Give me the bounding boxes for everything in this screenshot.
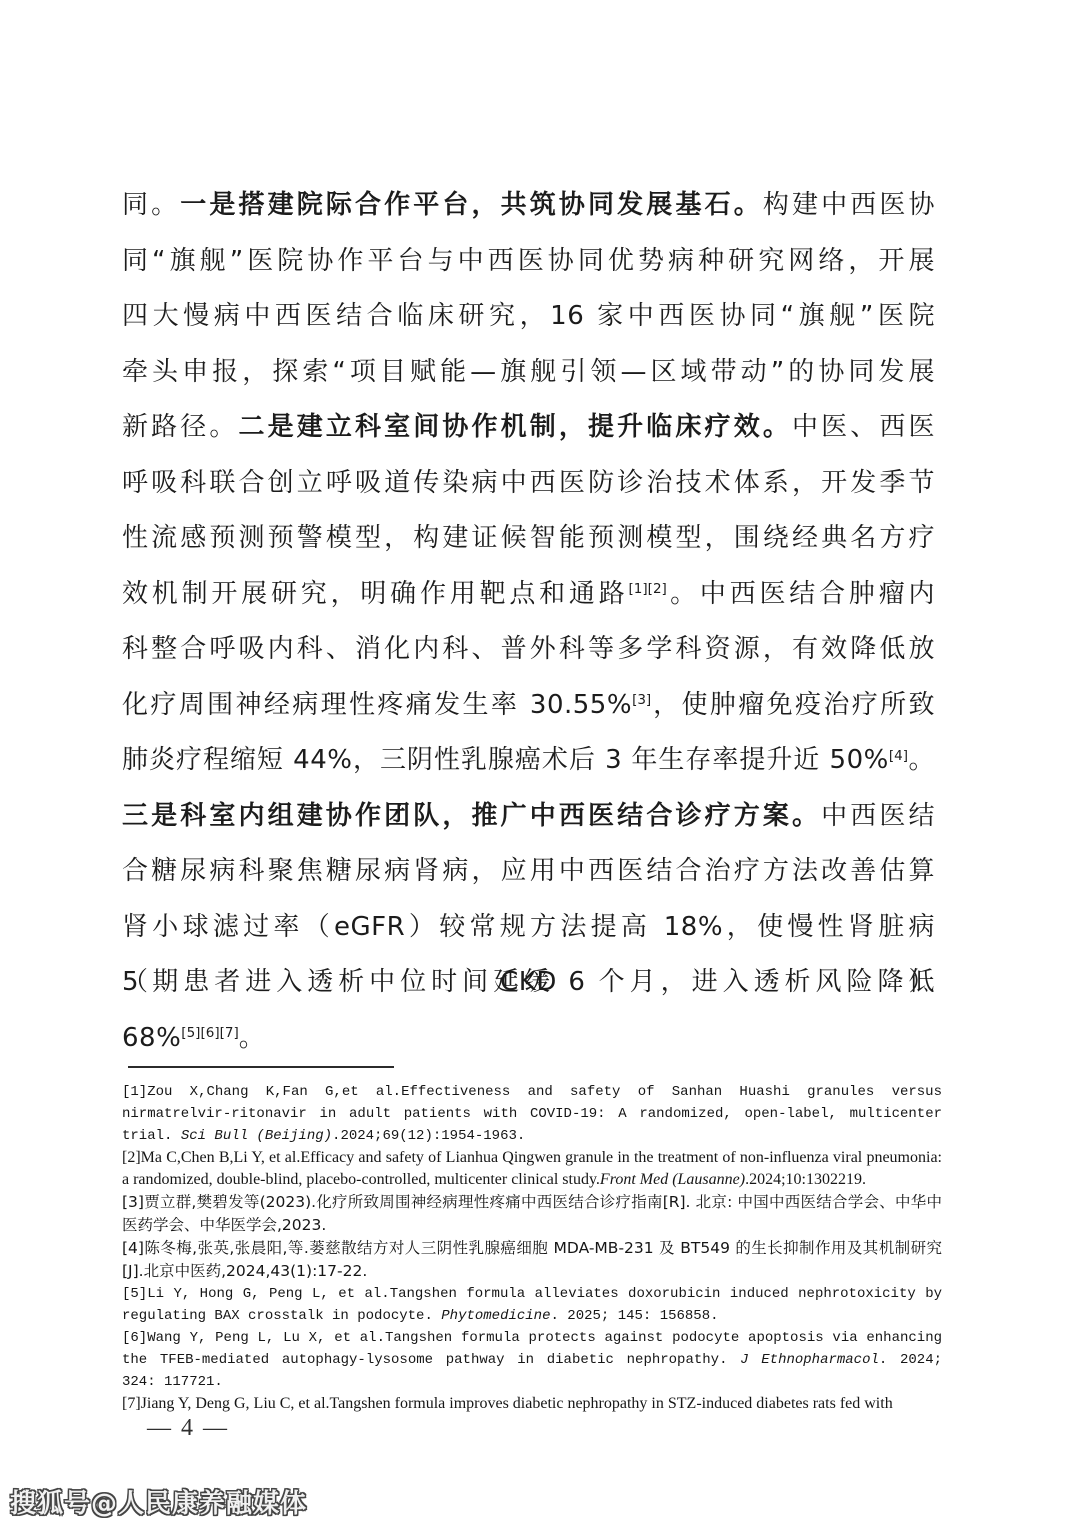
text-segment: 5 期患者进入透析中位时间延缓 6 个月，进入透析风险降低 xyxy=(122,967,935,997)
text-segment: . 2025; 145: 156858. xyxy=(550,1308,718,1324)
text-segment: 中医、西医 xyxy=(792,412,935,442)
text-segment: Sci Bull (Beijing) xyxy=(181,1128,332,1144)
body-text: 同。一是搭建院际合作平台，共筑协同发展基石。构建中西医协同“旗舰”医院协作平台与… xyxy=(122,178,935,1066)
footnote-item: [3]贾立群,樊碧发等(2023).化疗所致周围神经病理性疼痛中西医结合诊疗指南… xyxy=(122,1191,942,1237)
body-line: 化疗周围神经病理性疼痛发生率 30.55%[3]，使肿瘤免疫治疗所致 xyxy=(122,678,935,734)
body-line: 牵头申报，探索“项目赋能—旗舰引领—区域带动”的协同发展 xyxy=(122,345,935,401)
text-segment: 。中西医结合肿瘤内 xyxy=(667,579,935,609)
text-segment: 四大慢病中西医结合临床研究，16 家中西医协同“旗舰”医院 xyxy=(122,301,935,331)
footnote-item: [4]陈冬梅,张英,张晨阳,等.蒌慈散结方对人三阴性乳腺癌细胞 MDA-MB-2… xyxy=(122,1237,942,1283)
text-segment: 化疗周围神经病理性疼痛发生率 30.55% xyxy=(122,690,632,720)
body-line: 效机制开展研究，明确作用靶点和通路[1][2]。中西医结合肿瘤内 xyxy=(122,567,935,623)
text-segment: 。 xyxy=(239,1023,266,1053)
text-segment: [3]贾立群,樊碧发等(2023).化疗所致周围神经病理性疼痛中西医结合诊疗指南… xyxy=(122,1193,942,1234)
body-line: 同“旗舰”医院协作平台与中西医协同优势病种研究网络，开展 xyxy=(122,234,935,290)
text-segment: 牵头申报，探索“项目赋能—旗舰引领—区域带动”的协同发展 xyxy=(122,357,935,387)
text-segment: Front Med (Lausanne) xyxy=(600,1171,745,1188)
body-line: 四大慢病中西医结合临床研究，16 家中西医协同“旗舰”医院 xyxy=(122,289,935,345)
watermark-sohu: 搜狐号@人民康养融媒体 xyxy=(10,1483,307,1520)
footnote-ref-superscript: [3] xyxy=(632,692,651,708)
text-segment: 性流感预测预警模型，构建证候智能预测模型，围绕经典名方疗 xyxy=(122,523,935,553)
text-segment: [4]陈冬梅,张英,张晨阳,等.蒌慈散结方对人三阴性乳腺癌细胞 MDA-MB-2… xyxy=(122,1239,942,1280)
text-segment: Phytomedicine xyxy=(441,1308,550,1324)
footnotes: [1]Zou X,Chang K,Fan G,et al.Effectivene… xyxy=(122,1081,942,1415)
text-segment: 68% xyxy=(122,1023,181,1053)
body-line: 呼吸科联合创立呼吸道传染病中西医防诊治技术体系，开发季节 xyxy=(122,456,935,512)
body-line: 新路径。二是建立科室间协作机制，提升临床疗效。中医、西医 xyxy=(122,400,935,456)
footnote-ref-superscript: [5][6][7] xyxy=(181,1025,238,1041)
body-line: 5 期患者进入透析中位时间延缓 6 个月，进入透析风险降低 xyxy=(122,955,935,1011)
body-line: 肾小球滤过率（eGFR）较常规方法提高 18%，使慢性肾脏病（CKD） xyxy=(122,900,935,956)
body-line: 性流感预测预警模型，构建证候智能预测模型，围绕经典名方疗 xyxy=(122,511,935,567)
text-segment: 新路径。 xyxy=(122,412,239,442)
text-segment: 肺炎疗程缩短 44%，三阴性乳腺癌术后 3 年生存率提升近 50% xyxy=(122,745,889,775)
body-line: 三是科室内组建协作团队，推广中西医结合诊疗方案。中西医结 xyxy=(122,789,935,845)
text-segment: 一是搭建院际合作平台，共筑协同发展基石。 xyxy=(180,190,763,220)
text-segment: 合糖尿病科聚焦糖尿病肾病，应用中西医结合治疗方法改善估算 xyxy=(122,856,935,886)
text-segment: [7]Jiang Y, Deng G, Liu C, et al.Tangshe… xyxy=(122,1395,893,1412)
document-page: 同。一是搭建院际合作平台，共筑协同发展基石。构建中西医协同“旗舰”医院协作平台与… xyxy=(0,0,1080,1527)
footnote-item: [7]Jiang Y, Deng G, Liu C, et al.Tangshe… xyxy=(122,1393,942,1415)
page-number: — 4 — xyxy=(128,1415,248,1442)
text-segment: J Ethnopharmacol xyxy=(740,1352,879,1368)
text-segment: 科整合呼吸内科、消化内科、普外科等多学科资源，有效降低放 xyxy=(122,634,935,664)
text-segment: 效机制开展研究，明确作用靶点和通路 xyxy=(122,579,629,609)
text-segment: 三是科室内组建协作团队，推广中西医结合诊疗方案。 xyxy=(122,801,821,831)
body-line: 同。一是搭建院际合作平台，共筑协同发展基石。构建中西医协 xyxy=(122,178,935,234)
text-segment: .2024;10:1302219. xyxy=(745,1171,866,1188)
footnote-separator xyxy=(128,1066,394,1068)
body-line: 科整合呼吸内科、消化内科、普外科等多学科资源，有效降低放 xyxy=(122,622,935,678)
footnote-item: [6]Wang Y, Peng L, Lu X, et al.Tangshen … xyxy=(122,1327,942,1393)
body-line: 合糖尿病科聚焦糖尿病肾病，应用中西医结合治疗方法改善估算 xyxy=(122,844,935,900)
text-segment: 呼吸科联合创立呼吸道传染病中西医防诊治技术体系，开发季节 xyxy=(122,468,935,498)
footnote-item: [2]Ma C,Chen B,Li Y, et al.Efficacy and … xyxy=(122,1147,942,1191)
body-line: 68%[5][6][7]。 xyxy=(122,1011,935,1067)
text-segment: .2024;69(12):1954-1963. xyxy=(332,1128,525,1144)
footnote-ref-superscript: [1][2] xyxy=(629,581,667,597)
text-segment: 构建中西医协 xyxy=(763,190,935,220)
text-segment: 同。 xyxy=(122,190,180,220)
text-segment: ，使肿瘤免疫治疗所致 xyxy=(651,690,935,720)
body-line: 肺炎疗程缩短 44%，三阴性乳腺癌术后 3 年生存率提升近 50%[4]。 xyxy=(122,733,935,789)
text-segment: 二是建立科室间协作机制，提升临床疗效。 xyxy=(239,412,792,442)
text-segment: 中西医结 xyxy=(821,801,935,831)
footnote-ref-superscript: [4] xyxy=(889,748,908,764)
text-segment: 同“旗舰”医院协作平台与中西医协同优势病种研究网络，开展 xyxy=(122,246,935,276)
footnote-item: [1]Zou X,Chang K,Fan G,et al.Effectivene… xyxy=(122,1081,942,1147)
text-segment: 。 xyxy=(908,745,935,775)
footnote-item: [5]Li Y, Hong G, Peng L, et al.Tangshen … xyxy=(122,1283,942,1327)
